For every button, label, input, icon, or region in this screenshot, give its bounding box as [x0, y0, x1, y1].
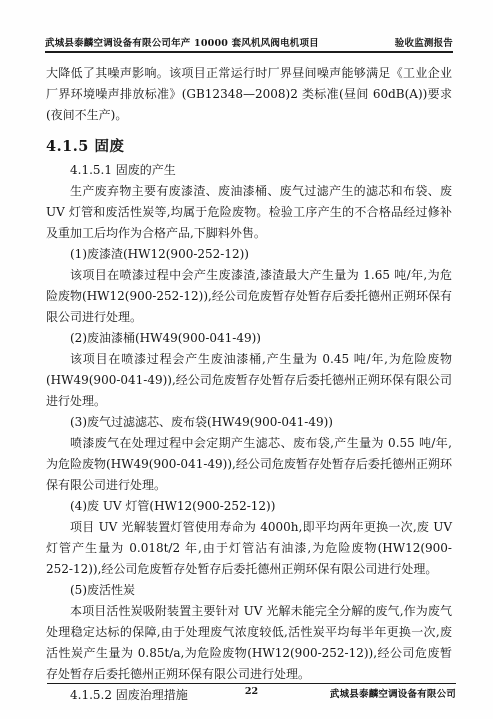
item-body-uv-lamps: 项目 UV 光解装置灯管使用寿命为 4000h,即平均两年更换一次,废 UV 灯…: [46, 517, 452, 580]
item-heading-paint-buckets: (2)废油漆桶(HW49(900-041-49)): [46, 328, 452, 349]
subsection-heading-waste-generation: 4.1.5.1 固废的产生: [46, 160, 452, 181]
page-footer: 22 武城县泰麟空调设备有限公司: [47, 683, 456, 700]
item-body-paint-buckets: 该项目在喷漆过程会产生废油漆桶,产生量为 0.45 吨/年,为危险废物(HW49…: [46, 349, 452, 412]
item-heading-activated-carbon: (5)废活性炭: [46, 580, 452, 601]
footer-row: 22 武城县泰麟空调设备有限公司: [47, 684, 456, 700]
item-body-activated-carbon: 本项目活性炭吸附装置主要针对 UV 光解未能完全分解的废气,作为废气处理稳定达标…: [46, 601, 452, 685]
header-project-title: 武城县泰麟空调设备有限公司年产 10000 套风机风阀电机项目: [45, 35, 319, 49]
paragraph-noise-conclusion: 大降低了其噪声影响。该项目正常运行时厂界昼间噪声能够满足《工业企业厂界环境噪声排…: [46, 63, 452, 126]
page-body: 大降低了其噪声影响。该项目正常运行时厂界昼间噪声能够满足《工业企业厂界环境噪声排…: [46, 63, 452, 706]
paragraph-waste-overview: 生产废弃物主要有废漆渣、废油漆桶、废气过滤产生的滤芯和布袋、废 UV 灯管和废活…: [46, 181, 452, 244]
document-page: 武城县泰麟空调设备有限公司年产 10000 套风机风阀电机项目 验收监测报告 大…: [0, 0, 493, 719]
item-heading-uv-lamps: (4)废 UV 灯管(HW12(900-252-12)): [46, 496, 452, 517]
section-heading-solid-waste: 4.1.5 固废: [46, 136, 452, 158]
header-report-type: 验收监测报告: [395, 35, 453, 49]
item-heading-filter-bags: (3)废气过滤滤芯、废布袋(HW49(900-041-49)): [46, 412, 452, 433]
section-number: 4.1.5: [46, 138, 89, 155]
section-title: 固废: [94, 139, 124, 155]
item-body-paint-residue: 该项目在喷漆过程中会产生废漆渣,漆渣最大产生量为 1.65 吨/年,为危险废物(…: [46, 265, 452, 328]
item-body-filter-bags: 喷漆废气在处理过程中会定期产生滤芯、废布袋,产生量为 0.55 吨/年,为危险废…: [46, 433, 452, 496]
item-heading-paint-residue: (1)废漆渣(HW12(900-252-12)): [46, 244, 452, 265]
page-number: 22: [245, 686, 258, 697]
page-header: 武城县泰麟空调设备有限公司年产 10000 套风机风阀电机项目 验收监测报告: [45, 35, 453, 53]
footer-company-name: 武城县泰麟空调设备有限公司: [330, 686, 456, 700]
